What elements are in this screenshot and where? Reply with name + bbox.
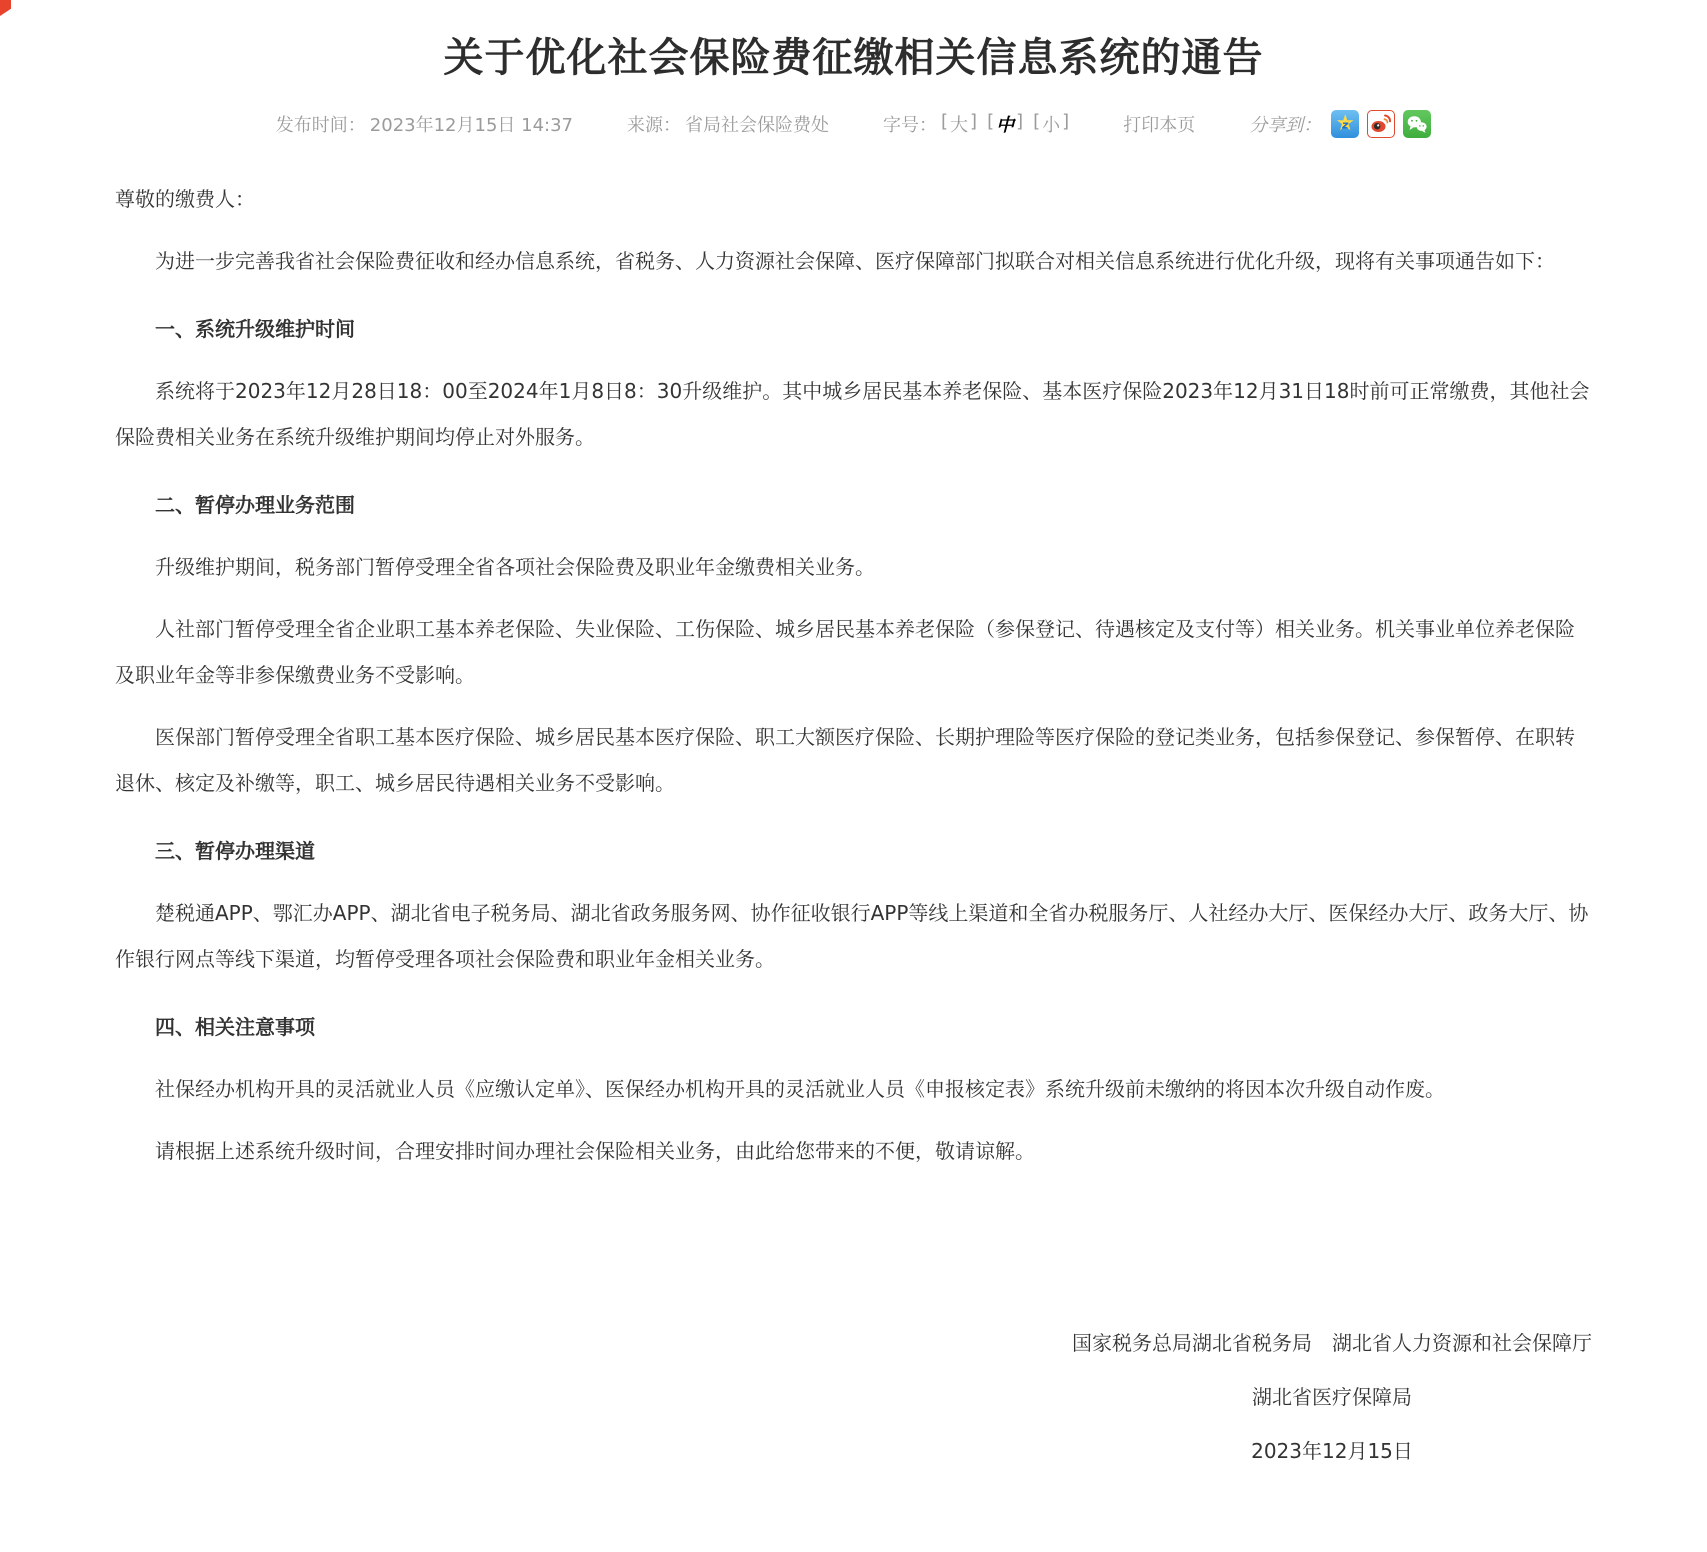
section-4-paragraph-1: 社保经办机构开具的灵活就业人员《应缴认定单》、医保经办机构开具的灵活就业人员《申…: [115, 1066, 1592, 1112]
font-size-small-label: 小: [1040, 111, 1062, 137]
publish-time: 发布时间： 2023年12月15日 14:37: [276, 111, 573, 137]
section-2-paragraph-1: 升级维护期间，税务部门暂停受理全省各项社会保险费及职业年金缴费相关业务。: [115, 544, 1592, 590]
source-label: 来源：: [627, 111, 681, 137]
qzone-z-glyph: z: [1342, 118, 1348, 131]
source: 来源： 省局社会保险费处: [627, 111, 829, 137]
share-qzone-icon[interactable]: ★ z: [1331, 110, 1359, 138]
weibo-logo-icon: [1369, 112, 1393, 136]
section-2-paragraph-2: 人社部门暂停受理全省企业职工基本养老保险、失业保险、工伤保险、城乡居民基本养老保…: [115, 606, 1592, 698]
share-weibo-icon[interactable]: [1367, 110, 1395, 138]
section-2-paragraph-3: 医保部门暂停受理全省职工基本医疗保险、城乡居民基本医疗保险、职工大额医疗保险、长…: [115, 714, 1592, 806]
signature-org-line2: 湖北省医疗保障局: [1072, 1374, 1592, 1420]
font-size-medium-label: 中: [994, 111, 1016, 137]
bracket: ]: [1062, 111, 1069, 137]
notice-page: 关于优化社会保险费征缴相关信息系统的通告 发布时间： 2023年12月15日 1…: [0, 0, 1707, 1510]
wechat-bubbles-icon: [1405, 112, 1429, 136]
publish-time-label: 发布时间：: [276, 111, 366, 137]
source-value: 省局社会保险费处: [685, 111, 829, 137]
section-3-paragraph-1: 楚税通APP、鄂汇办APP、湖北省电子税务局、湖北省政务服务网、协作征收银行AP…: [115, 890, 1592, 982]
share-wechat-icon[interactable]: [1403, 110, 1431, 138]
font-size-label: 字号：: [883, 111, 937, 137]
signature-block: 国家税务总局湖北省税务局 湖北省人力资源和社会保障厅 湖北省医疗保障局 2023…: [1072, 1312, 1592, 1482]
section-4-heading: 四、相关注意事项: [115, 1004, 1592, 1050]
font-size-large-label: 大: [948, 111, 970, 137]
share-control: 分享到： ★ z: [1249, 110, 1431, 138]
page-title: 关于优化社会保险费征缴相关信息系统的通告: [115, 34, 1592, 82]
bracket: [: [1033, 111, 1040, 137]
font-size-large-button[interactable]: [大]: [941, 111, 977, 137]
font-size-small-button[interactable]: [小]: [1033, 111, 1069, 137]
font-size-options: [大] [中] [小]: [941, 111, 1069, 137]
section-1-paragraph-1: 系统将于2023年12月28日18：00至2024年1月8日8：30升级维护。其…: [115, 368, 1592, 460]
font-size-control: 字号： [大] [中] [小]: [883, 111, 1069, 137]
signature-orgs-line: 国家税务总局湖北省税务局 湖北省人力资源和社会保障厅: [1072, 1320, 1592, 1366]
font-size-medium-button[interactable]: [中]: [987, 111, 1023, 137]
print-page: 打印本页: [1123, 111, 1195, 137]
share-icons: ★ z: [1331, 110, 1431, 138]
section-1-heading: 一、系统升级维护时间: [115, 306, 1592, 352]
meta-bar: 发布时间： 2023年12月15日 14:37 来源： 省局社会保险费处 字号：…: [115, 110, 1592, 138]
print-page-button[interactable]: 打印本页: [1123, 111, 1195, 137]
signature-date: 2023年12月15日: [1072, 1428, 1592, 1474]
bracket: [: [987, 111, 994, 137]
section-2-heading: 二、暂停办理业务范围: [115, 482, 1592, 528]
bracket: ]: [1016, 111, 1023, 137]
section-3-heading: 三、暂停办理渠道: [115, 828, 1592, 874]
publish-time-value: 2023年12月15日 14:37: [370, 111, 573, 137]
bracket: [: [941, 111, 948, 137]
intro-paragraph: 为进一步完善我省社会保险费征收和经办信息系统，省税务、人力资源社会保障、医疗保障…: [115, 238, 1592, 284]
salutation: 尊敬的缴费人：: [115, 176, 1592, 222]
share-label: 分享到：: [1249, 111, 1321, 137]
bracket: ]: [970, 111, 977, 137]
notice-content: 尊敬的缴费人： 为进一步完善我省社会保险费征收和经办信息系统，省税务、人力资源社…: [115, 176, 1592, 1482]
section-4-paragraph-2: 请根据上述系统升级时间，合理安排时间办理社会保险相关业务，由此给您带来的不便，敬…: [115, 1128, 1592, 1174]
